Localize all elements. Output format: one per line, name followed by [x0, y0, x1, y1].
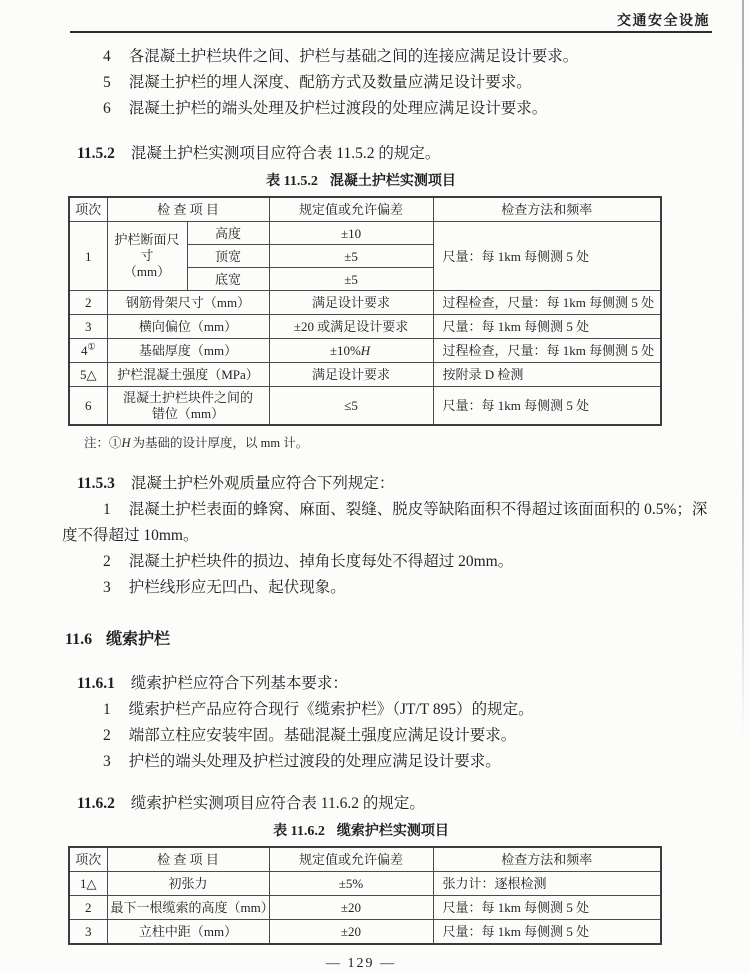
section-number: 11.5.2 — [77, 145, 115, 162]
table-header-row: 项次 检 查 项 目 规定值或允许偏差 检查方法和频率 — [69, 847, 661, 872]
table-caption-title: 缆索护栏实测项目 — [337, 824, 449, 839]
table-row: 2 钢筋骨架尺寸（mm） 满足设计要求 过程检查，尺量：每 1km 每侧测 5 … — [69, 291, 661, 315]
section-number: 11.5.3 — [77, 475, 115, 492]
table-row: 5△ 护栏混凝土强度（MPa） 满足设计要求 按附录 D 检测 — [69, 363, 661, 387]
table-row: 1 护栏断面尺寸 （mm） 高度 ±10 尺量：每 1km 每侧测 5 处 — [69, 222, 661, 245]
page-body: 4各混凝土护栏块件之间、护栏与基础之间的连接应满足设计要求。 5混凝土护栏的埋人… — [62, 44, 712, 973]
list-item-text: 护栏线形应无凹凸、起伏现象。 — [129, 579, 346, 596]
cell-method: 尺量：每 1km 每侧测 5 处 — [433, 387, 661, 426]
list-item: 1混凝土护栏表面的蜂窝、麻面、裂缝、脱皮等缺陷面积不得超过该面面积的 0.5%；… — [62, 497, 712, 549]
cell-check-item-line1: 混凝土护栏块件之间的 — [111, 390, 266, 406]
list-item-text: 混凝土护栏块件的损边、掉角长度每处不得超过 20mm。 — [129, 553, 514, 570]
list-item-text: 混凝土护栏表面的蜂窝、麻面、裂缝、脱皮等缺陷面积不得超过该面面积的 0.5%；深… — [62, 501, 707, 544]
cell-tolerance: ±5% — [269, 872, 433, 896]
list-item-number: 2 — [103, 553, 111, 570]
cell-tolerance: ±20 — [269, 920, 433, 945]
column-header-tolerance: 规定值或允许偏差 — [269, 847, 433, 872]
cell-check-item-line1: 护栏断面尺寸 — [111, 232, 184, 264]
cell-method: 张力计：逐根检测 — [433, 872, 661, 896]
cell-method: 尺量：每 1km 每侧测 5 处 — [433, 896, 661, 920]
column-header-method: 检查方法和频率 — [433, 847, 661, 872]
column-header-check-item: 检 查 项 目 — [107, 847, 269, 872]
cell-item-no: 5△ — [69, 363, 107, 387]
column-header-tolerance: 规定值或允许偏差 — [269, 197, 433, 222]
note-prefix: 注：① — [84, 436, 122, 450]
list-item-number: 5 — [103, 74, 111, 91]
cell-tolerance: ±10%H — [269, 339, 433, 363]
cell-check-item: 立柱中距（mm） — [107, 920, 269, 945]
measurement-table-11-5-2: 项次 检 查 项 目 规定值或允许偏差 检查方法和频率 1 护栏断面尺寸 （mm… — [68, 196, 662, 426]
page-number: — 129 — — [62, 951, 660, 973]
cell-sub-item: 底宽 — [187, 268, 269, 291]
cell-item-no: 2 — [69, 291, 107, 315]
cell-tolerance: ±10 — [269, 222, 433, 245]
cell-tolerance: 满足设计要求 — [269, 363, 433, 387]
cell-method: 尺量：每 1km 每侧测 5 处 — [433, 222, 661, 291]
list-item: 2混凝土护栏块件的损边、掉角长度每处不得超过 20mm。 — [62, 549, 712, 575]
table-row: 4① 基础厚度（mm） ±10%H 过程检查，尺量：每 1km 每侧测 5 处 — [69, 339, 661, 363]
cell-item-no: 2 — [69, 896, 107, 920]
table-caption-number: 表 11.6.2 — [273, 824, 325, 839]
table-caption: 表 11.5.2混凝土护栏实测项目 — [62, 172, 660, 192]
section-paragraph-11-5-2: 11.5.2混凝土护栏实测项目应符合表 11.5.2 的规定。 — [62, 141, 712, 167]
table-row: 2 最下一根缆索的高度（mm） ±20 尺量：每 1km 每侧测 5 处 — [69, 896, 661, 920]
table-caption-title: 混凝土护栏实测项目 — [330, 174, 456, 189]
running-header-title: 交通安全设施 — [617, 14, 710, 29]
column-header-item-no: 项次 — [69, 847, 107, 872]
cell-item-no: 1 — [69, 222, 107, 291]
section-paragraph-11-6-1: 11.6.1缆索护栏应符合下列基本要求： — [62, 671, 712, 697]
table-note: 注：①H为基础的设计厚度，以 mm 计。 — [84, 434, 712, 452]
section-text: 缆索护栏应符合下列基本要求： — [131, 675, 348, 692]
measurement-table-11-6-2: 项次 检 查 项 目 规定值或允许偏差 检查方法和频率 1△ 初张力 ±5% 张… — [68, 846, 662, 945]
cell-method: 尺量：每 1km 每侧测 5 处 — [433, 920, 661, 945]
cell-item-no: 3 — [69, 315, 107, 339]
cell-item-no: 1△ — [69, 872, 107, 896]
table-row: 1△ 初张力 ±5% 张力计：逐根检测 — [69, 872, 661, 896]
section-heading-title: 缆索护栏 — [106, 631, 170, 648]
section-heading-11-6: 11.6缆索护栏 — [65, 628, 712, 652]
list-item: 1缆索护栏产品应符合现行《缆索护栏》（JT/T 895）的规定。 — [62, 697, 712, 723]
table-header-row: 项次 检 查 项 目 规定值或允许偏差 检查方法和频率 — [69, 197, 661, 222]
cell-check-item-line2: 错位（mm） — [111, 406, 266, 422]
list-item-text: 端部立柱应安装牢固。基础混凝土强度应满足设计要求。 — [129, 727, 517, 744]
section-number: 11.6.2 — [77, 795, 115, 812]
list-item: 5混凝土护栏的埋人深度、配筋方式及数量应满足设计要求。 — [62, 70, 712, 96]
cell-check-item: 横向偏位（mm） — [107, 315, 269, 339]
document-page: 交通安全设施 4各混凝土护栏块件之间、护栏与基础之间的连接应满足设计要求。 5混… — [0, 0, 749, 973]
list-item-number: 3 — [103, 753, 111, 770]
table-row: 3 横向偏位（mm） ±20 或满足设计要求 尺量：每 1km 每侧测 5 处 — [69, 315, 661, 339]
list-item-number: 6 — [103, 100, 111, 117]
cell-check-item: 护栏断面尺寸 （mm） — [107, 222, 187, 291]
list-item: 3护栏的端头处理及护栏过渡段的处理应满足设计要求。 — [62, 749, 712, 775]
cell-tolerance: ±5 — [269, 268, 433, 291]
cell-tolerance: ±20 — [269, 896, 433, 920]
cell-item-no: 6 — [69, 387, 107, 426]
list-item: 4各混凝土护栏块件之间、护栏与基础之间的连接应满足设计要求。 — [62, 44, 712, 70]
cell-tolerance: ≤5 — [269, 387, 433, 426]
list-item-number: 1 — [103, 501, 111, 518]
table-caption-number: 表 11.5.2 — [266, 174, 318, 189]
cell-sub-item: 顶宽 — [187, 245, 269, 268]
variable-h: H — [361, 343, 370, 358]
list-item: 2端部立柱应安装牢固。基础混凝土强度应满足设计要求。 — [62, 723, 712, 749]
list-item-text: 护栏的端头处理及护栏过渡段的处理应满足设计要求。 — [129, 753, 501, 770]
cell-method: 过程检查，尺量：每 1km 每侧测 5 处 — [433, 339, 661, 363]
list-item: 3护栏线形应无凹凸、起伏现象。 — [62, 575, 712, 601]
footnote-marker: ① — [87, 342, 95, 352]
running-header: 交通安全设施 — [617, 10, 710, 30]
section-text: 混凝土护栏实测项目应符合表 11.5.2 的规定。 — [131, 145, 440, 162]
cell-sub-item: 高度 — [187, 222, 269, 245]
cell-method: 过程检查，尺量：每 1km 每侧测 5 处 — [433, 291, 661, 315]
cell-method: 按附录 D 检测 — [433, 363, 661, 387]
list-item: 6混凝土护栏的端头处理及护栏过渡段的处理应满足设计要求。 — [62, 96, 712, 122]
section-number: 11.6.1 — [77, 675, 115, 692]
list-item-number: 2 — [103, 727, 111, 744]
cell-check-item: 钢筋骨架尺寸（mm） — [107, 291, 269, 315]
table-row: 3 立柱中距（mm） ±20 尺量：每 1km 每侧测 5 处 — [69, 920, 661, 945]
section-text: 缆索护栏实测项目应符合表 11.6.2 的规定。 — [131, 795, 425, 812]
table-caption: 表 11.6.2缆索护栏实测项目 — [62, 822, 660, 842]
cell-check-item: 基础厚度（mm） — [107, 339, 269, 363]
table-row: 6 混凝土护栏块件之间的 错位（mm） ≤5 尺量：每 1km 每侧测 5 处 — [69, 387, 661, 426]
cell-check-item: 混凝土护栏块件之间的 错位（mm） — [107, 387, 269, 426]
section-paragraph-11-6-2: 11.6.2缆索护栏实测项目应符合表 11.6.2 的规定。 — [62, 791, 712, 817]
list-item-text: 缆索护栏产品应符合现行《缆索护栏》（JT/T 895）的规定。 — [129, 701, 534, 718]
cell-check-item: 初张力 — [107, 872, 269, 896]
cell-method: 尺量：每 1km 每侧测 5 处 — [433, 315, 661, 339]
cell-tolerance: ±5 — [269, 245, 433, 268]
list-item-number: 4 — [103, 48, 111, 65]
list-item-number: 1 — [103, 701, 111, 718]
cell-check-item: 护栏混凝土强度（MPa） — [107, 363, 269, 387]
column-header-method: 检查方法和频率 — [433, 197, 661, 222]
cell-tolerance: ±20 或满足设计要求 — [269, 315, 433, 339]
cell-tolerance: 满足设计要求 — [269, 291, 433, 315]
cell-check-item: 最下一根缆索的高度（mm） — [107, 896, 269, 920]
list-item-text: 混凝土护栏的端头处理及护栏过渡段的处理应满足设计要求。 — [129, 100, 548, 117]
column-header-item-no: 项次 — [69, 197, 107, 222]
column-header-check-item: 检 查 项 目 — [107, 197, 269, 222]
scan-edge-line — [742, 0, 744, 739]
list-item-text: 各混凝土护栏块件之间、护栏与基础之间的连接应满足设计要求。 — [129, 48, 579, 65]
list-item-number: 3 — [103, 579, 111, 596]
section-paragraph-11-5-3: 11.5.3混凝土护栏外观质量应符合下列规定： — [62, 471, 712, 497]
header-rule — [70, 31, 712, 33]
cell-item-no: 4① — [69, 339, 107, 363]
cell-check-item-line2: （mm） — [111, 264, 184, 280]
note-text: 为基础的设计厚度，以 mm 计。 — [133, 436, 309, 450]
variable-h: H — [122, 436, 131, 450]
section-text: 混凝土护栏外观质量应符合下列规定： — [131, 475, 395, 492]
section-heading-number: 11.6 — [65, 631, 92, 648]
cell-item-no: 3 — [69, 920, 107, 945]
list-item-text: 混凝土护栏的埋人深度、配筋方式及数量应满足设计要求。 — [129, 74, 532, 91]
